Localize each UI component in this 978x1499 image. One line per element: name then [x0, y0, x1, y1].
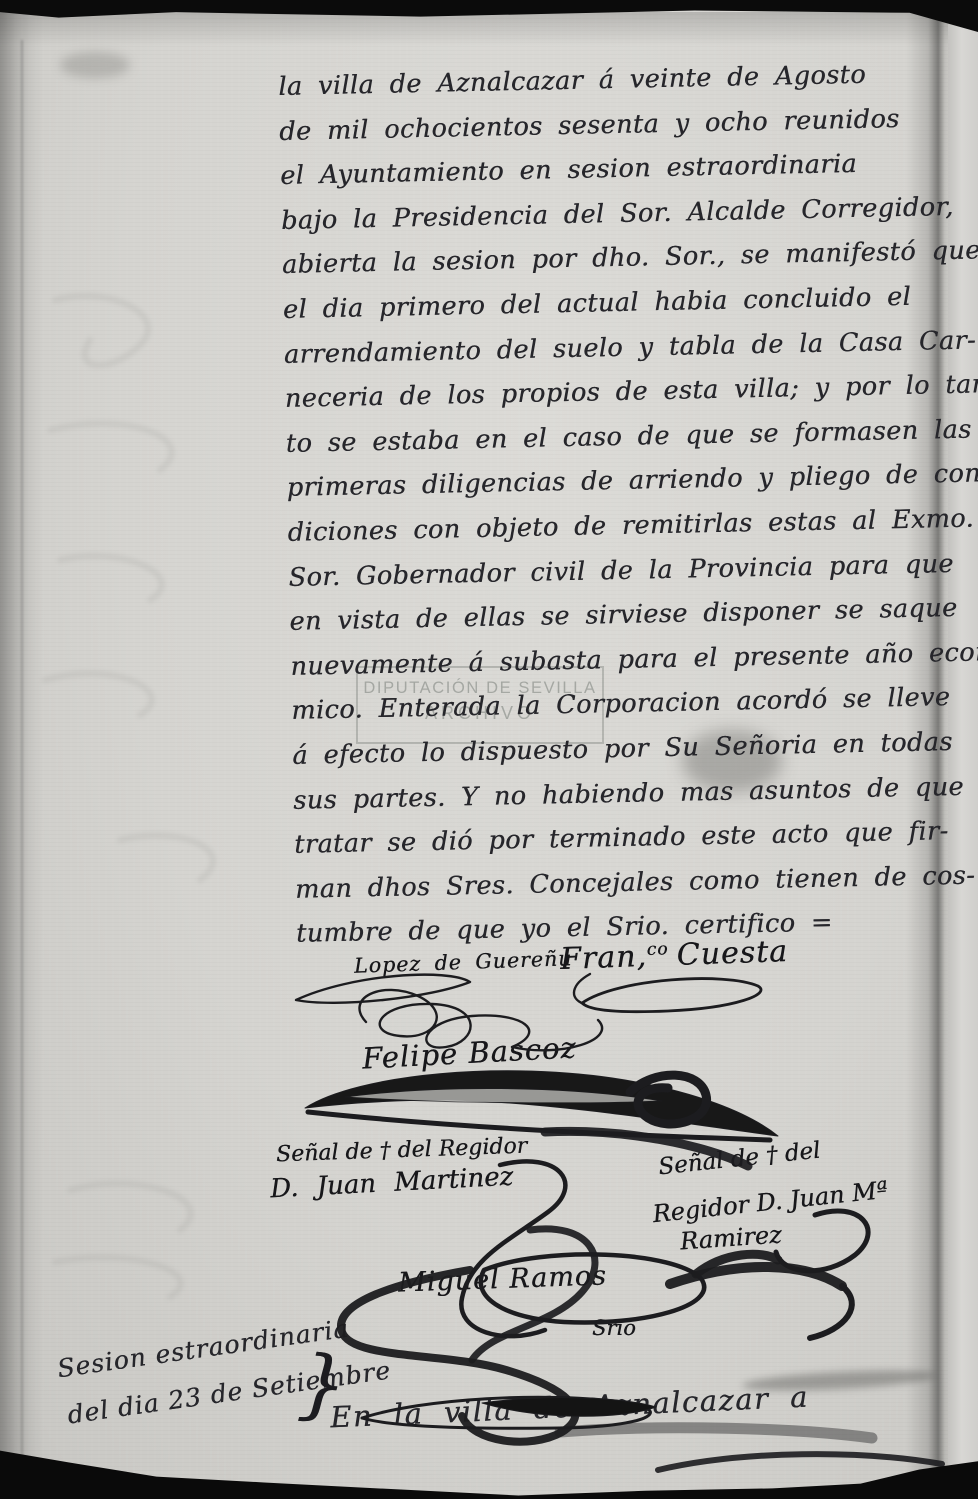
ghost-bleedthrough	[45, 296, 213, 1297]
manuscript-scan: DIPUTACIÓN DE SEVILLA ARCHIVO la villa d…	[0, 0, 978, 1499]
pencil-smudge	[60, 52, 130, 78]
signature-cuesta-name: Cuesta	[676, 934, 789, 973]
signature-cuesta-superscript: co	[646, 939, 668, 960]
mark-note-regidor-ramirez-line3: Ramirez	[679, 1220, 782, 1255]
mark-note-regidor-martinez-line2: D. Juan Martinez	[269, 1162, 514, 1205]
left-crease-line	[21, 40, 23, 1460]
session-minutes-text: la villa de Aznalcazar á veinte de Agost…	[278, 58, 961, 964]
signature-cuesta-prefix: Fran,	[559, 939, 647, 977]
mark-note-regidor-ramirez-line1: Señal de † del	[657, 1138, 822, 1181]
next-entry-opening-line: En la villa de Aznalcazar a	[329, 1380, 809, 1435]
top-page-shadow	[0, 12, 978, 46]
bottom-torn-edge	[0, 1440, 978, 1499]
signature-secretary-abbrev: Srio	[592, 1316, 636, 1340]
signature-felipe-bascoz: Felipe Bascoz	[361, 1030, 577, 1075]
signature-francisco-cuesta: Fran,coCuesta	[559, 934, 788, 977]
signature-miguel-ramos: Miguel Ramos	[398, 1260, 608, 1298]
